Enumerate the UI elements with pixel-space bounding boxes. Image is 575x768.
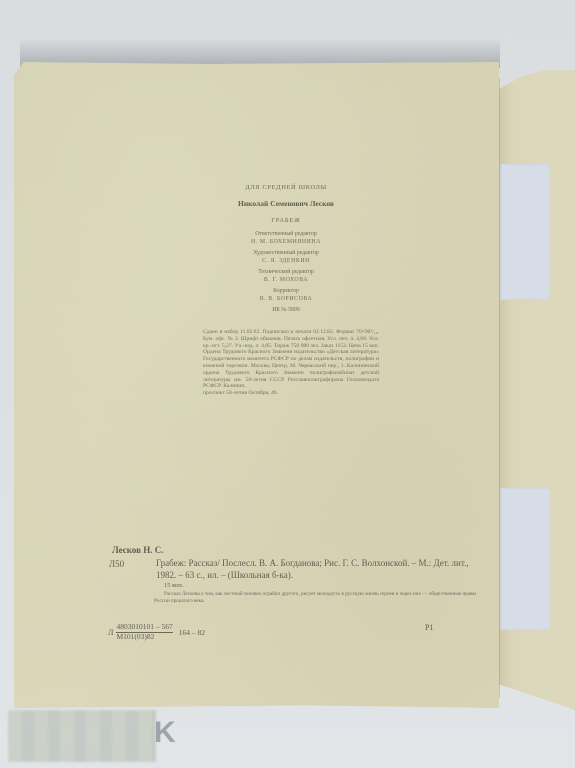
classification-right: Р1 <box>425 623 433 632</box>
credit-role: Технический редактор <box>186 269 386 276</box>
card-price: 15 коп. <box>164 582 498 589</box>
card-author: Лесков Н. С. <box>112 545 498 555</box>
fraction-denominator: М101(03)82 <box>116 633 172 641</box>
card-annotation: Рассказ Лескова о том, как честный челов… <box>154 591 484 604</box>
series-heading: ДЛЯ СРЕДНЕЙ ШКОЛЫ <box>186 184 386 191</box>
watermark-pixelated <box>8 710 156 762</box>
colophon: ДЛЯ СРЕДНЕЙ ШКОЛЫ Николай Семенович Леск… <box>186 184 386 319</box>
book-title: ГРАБЕЖ <box>186 217 386 224</box>
classification-extra: 164 – 82 <box>179 628 205 637</box>
paper-tab-bottom <box>500 488 550 630</box>
imprint-address-end: проспект 50-летия Октября, 46. <box>203 390 379 397</box>
imprint-block: Сдано в набор 11.02.82. Подписано к печа… <box>203 329 379 397</box>
paper-tab-top <box>500 164 549 300</box>
credit-name: В. В. БОРИСОВА <box>186 295 386 303</box>
watermark-letter: K <box>154 716 176 750</box>
card-description: Грабеж: Рассказ/ Послесл. В. А. Богданов… <box>156 558 486 581</box>
credit-role: Ответственный редактор <box>186 231 386 238</box>
card-code: Л50 <box>109 559 124 569</box>
credit-role: Художественный редактор <box>186 250 386 257</box>
credit-name: Н. М. БОХЕМИЯНИНА <box>186 238 386 246</box>
credit-role: Корректор <box>186 288 386 295</box>
classification-code: Л 4803010101 – 567 М101(03)82 164 – 82 <box>108 623 205 641</box>
author-full-name: Николай Семенович Лесков <box>186 199 386 208</box>
publication-number: ИБ № 5899 <box>186 307 386 313</box>
imprint-text: Сдано в набор 11.02.82. Подписано к печа… <box>203 329 379 389</box>
credit-name: С. Я. ЗДЕНКИН <box>186 257 386 265</box>
credit-name: В. Г. МОХОВА <box>186 276 386 284</box>
classification-prefix: Л <box>108 628 113 637</box>
watermark: K <box>4 710 176 762</box>
classification-fraction: 4803010101 – 567 М101(03)82 <box>116 623 172 641</box>
catalog-card: Лесков Н. С. Л50 Грабеж: Рассказ/ Послес… <box>108 545 498 604</box>
